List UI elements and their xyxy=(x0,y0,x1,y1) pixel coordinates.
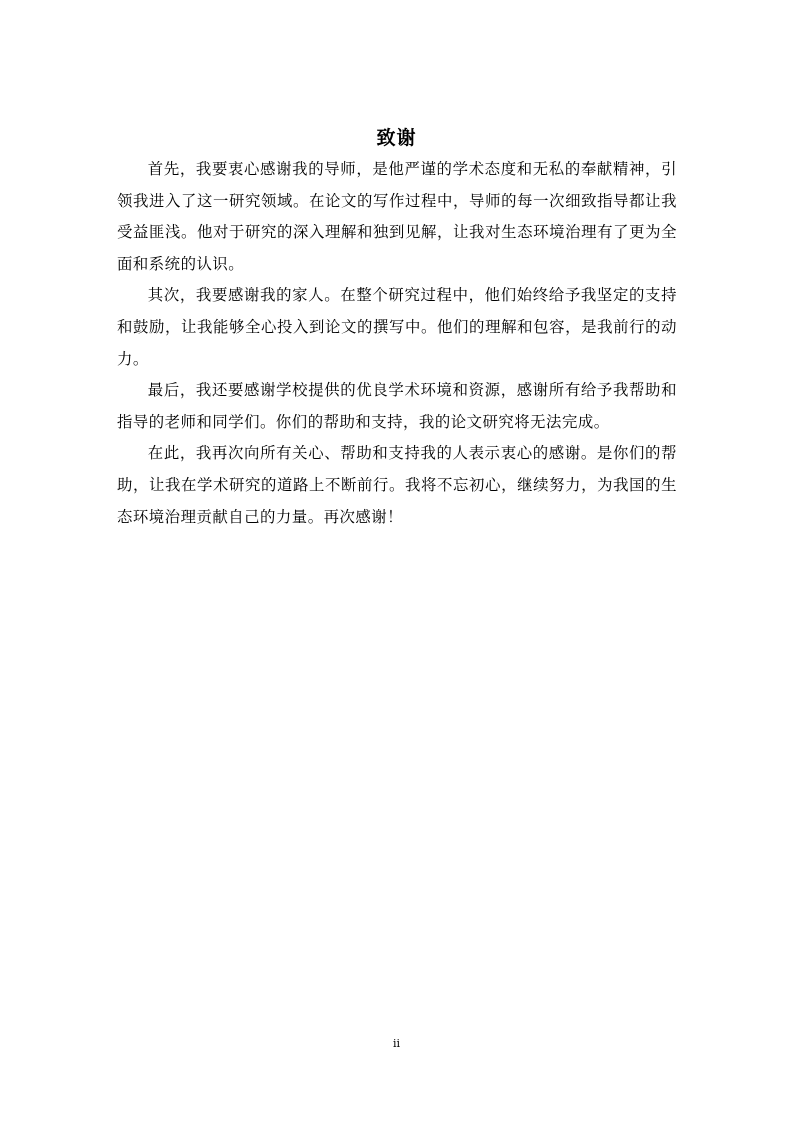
paragraph-family: 其次，我要感谢我的家人。在整个研究过程中，他们始终给予我坚定的支持和鼓励，让我能… xyxy=(117,280,677,375)
paragraph-closing: 在此，我再次向所有关心、帮助和支持我的人表示衷心的感谢。是你们的帮助，让我在学术… xyxy=(117,438,677,533)
page-title: 致谢 xyxy=(0,126,793,150)
acknowledgement-body: 首先，我要衷心感谢我的导师，是他严谨的学术态度和无私的奉献精神，引领我进入了这一… xyxy=(117,154,677,533)
paragraph-school: 最后，我还要感谢学校提供的优良学术环境和资源，感谢所有给予我帮助和指导的老师和同… xyxy=(117,375,677,438)
paragraph-advisor: 首先，我要衷心感谢我的导师，是他严谨的学术态度和无私的奉献精神，引领我进入了这一… xyxy=(117,154,677,280)
document-page: 致谢 首先，我要衷心感谢我的导师，是他严谨的学术态度和无私的奉献精神，引领我进入… xyxy=(0,0,793,1122)
page-number: ii xyxy=(0,1037,793,1051)
